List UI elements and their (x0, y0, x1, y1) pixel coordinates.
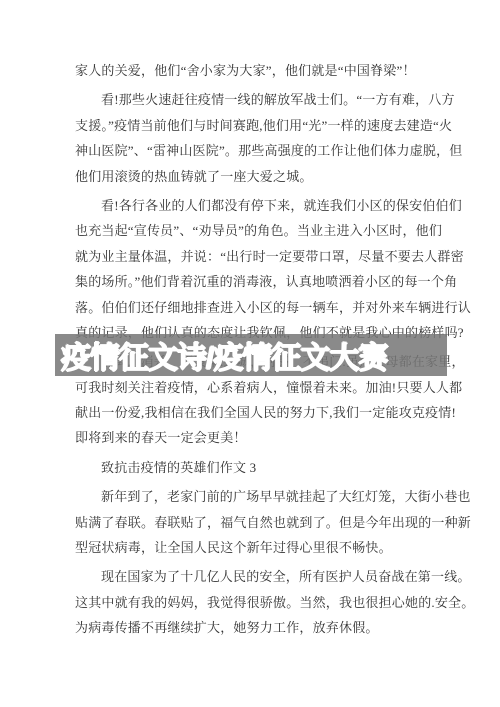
text-line: 现在国家为了十几亿人民的安全，所有医护人员奋战在第一线。 (75, 564, 427, 589)
text-line: 神山医院”、“雷神山医院”。那些高强度的工作让他们体力虚脱，但 (75, 138, 427, 163)
paragraph: 现在国家为了十几亿人民的安全，所有医护人员奋战在第一线。这其中就有我的妈妈，我觉… (75, 564, 427, 640)
text-line: 型冠状病毒，让全国人民这个新年过得心里很不畅快。 (75, 535, 427, 560)
text-line: 新年到了，老家门前的广场早早就挂起了大红灯笼，大街小巷也 (75, 484, 427, 509)
text-line: 落。伯伯们还仔细地排查进入小区的每一辆车，并对外来车辆进行认 (75, 295, 427, 320)
text-line: 家人的关爱，他们“舍小家为大家”，他们就是“中国脊梁”！ (75, 58, 427, 83)
text-line: 献出一份爱,我相信在我们全国人民的努力下,我们一定能攻克疫情! (75, 400, 427, 425)
paragraph: 新年到了，老家门前的广场早早就挂起了大红灯笼，大街小巷也贴满了春联。春联贴了，福… (75, 484, 427, 560)
text-line: 这其中就有我的妈妈，我觉得很骄傲。当然，我也很担心她的.安全。 (75, 590, 427, 615)
text-line: 可我时刻关注着疫情，心系着病人，憧憬着未来。加油!只要人人都 (75, 375, 427, 400)
paragraph: 致抗击疫情的英雄们作文 3 (75, 455, 427, 480)
paragraph: 家人的关爱，他们“舍小家为大家”，他们就是“中国脊梁”！ (75, 58, 427, 83)
text-line: 为病毒传播不再继续扩大，她努力工作，放弃休假。 (75, 615, 427, 640)
text-line: 也充当起“宣传员”、“劝导员”的角色。当业主进入小区时，他们 (75, 218, 427, 243)
text-line: 致抗击疫情的英雄们作文 3 (75, 455, 427, 480)
document-page: 家人的关爱，他们“舍小家为大家”，他们就是“中国脊梁”！看!那些火速赶往疫情一线… (0, 0, 500, 707)
text-line: 他们用滚烫的热血铸就了一座大爱之城。 (75, 164, 427, 189)
text-line: 即将到来的春天一定会更美！ (75, 425, 427, 450)
paragraph: 看!那些火速赶往疫情一线的解放军战士们。“一方有难，八方支援。”疫情当前他们与时… (75, 87, 427, 189)
text-line: 看!各行各业的人们都没有停下来，就连我们小区的保安伯伯们 (75, 193, 427, 218)
watermark-banner: 疫情征文诗/疫情征文大赛 (55, 334, 447, 376)
text-line: 就为业主量体温，并说：“出行时一定要带口罩，尽量不要去人群密 (75, 244, 427, 269)
text-line: 支援。”疫情当前他们与时间赛跑,他们用“光”一样的速度去建造“火 (75, 113, 427, 138)
text-line: 贴满了春联。春联贴了，福气自然也就到了。但是今年出现的一种新 (75, 510, 427, 535)
text-line: 集的场所。”他们背着沉重的消毒液，认真地喷洒着小区的每一个角 (75, 269, 427, 294)
paragraph: 看!各行各业的人们都没有停下来，就连我们小区的保安伯伯们也充当起“宣传员”、“劝… (75, 193, 427, 345)
text-line: 看!那些火速赶往疫情一线的解放军战士们。“一方有难，八方 (75, 87, 427, 112)
watermark-text: 疫情征文诗/疫情征文大赛 (55, 333, 387, 377)
